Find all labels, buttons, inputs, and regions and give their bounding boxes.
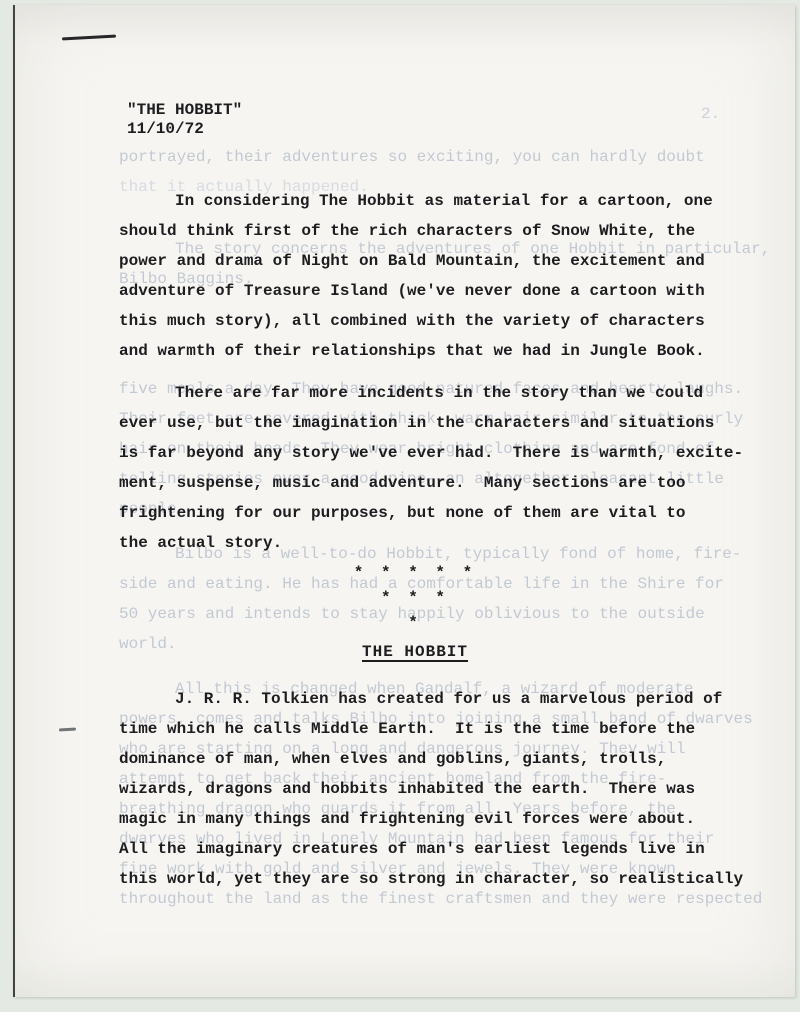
paper-page: 2. portrayed, their adventures so exciti… (13, 5, 795, 997)
pen-mark (62, 35, 116, 41)
section-heading: THE HOBBIT (15, 643, 800, 661)
ghost-page-number: 2. (701, 105, 720, 123)
paragraph-2: There are far more incidents in the stor… (119, 378, 779, 558)
document-header: "THE HOBBIT" 11/10/72 (127, 101, 242, 139)
document-title: "THE HOBBIT" (127, 101, 242, 119)
paragraph-3: J. R. R. Tolkien has created for us a ma… (119, 684, 779, 894)
margin-dash-annotation (59, 728, 76, 732)
ghost-line: portrayed, their adventures so exciting,… (119, 148, 705, 166)
paragraph-1: In considering The Hobbit as material fo… (119, 186, 779, 366)
scanned-document: { "doc": { "title": "\"THE HOBBIT\"", "d… (0, 0, 800, 1012)
document-date: 11/10/72 (127, 120, 204, 138)
asterisk-divider: * * * * * * * * * (15, 561, 800, 636)
